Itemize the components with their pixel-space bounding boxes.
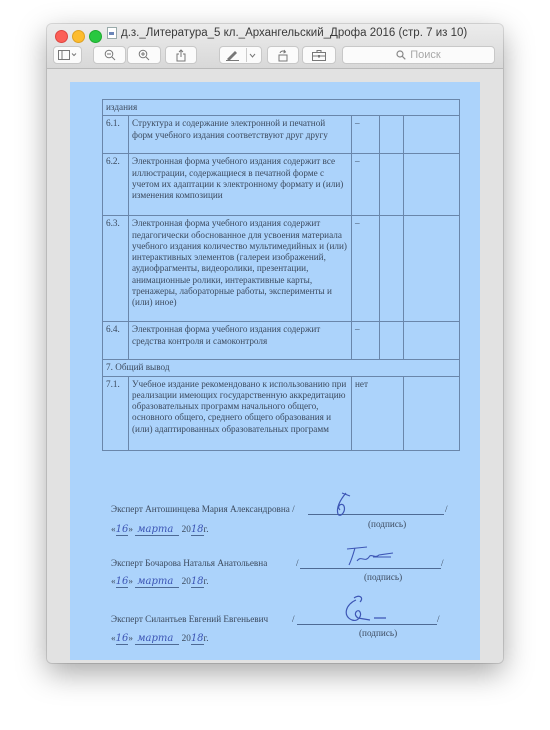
date-month: марта xyxy=(135,524,179,536)
date-month: марта xyxy=(135,576,179,588)
row-cell xyxy=(380,154,404,216)
row-text: Электронная форма учебного издания содер… xyxy=(129,216,352,322)
date-year-suffix: 18 xyxy=(191,524,204,536)
window-title-text: д.з._Литература_5 кл._Архангельский_Дроф… xyxy=(121,27,467,39)
row-value: – xyxy=(352,116,380,154)
row-text: Электронная форма учебного издания содер… xyxy=(129,154,352,216)
date-year-prefix: 20 xyxy=(182,576,191,586)
rotate-icon xyxy=(277,49,289,62)
title-bar: д.з._Литература_5 кл._Архангельский_Дроф… xyxy=(47,24,503,69)
date-month: марта xyxy=(135,633,179,645)
expert-3-date: «16» марта 2018г. xyxy=(111,633,209,644)
row-cell xyxy=(380,322,404,360)
table-row: 6.2. Электронная форма учебного издания … xyxy=(103,154,460,216)
search-icon xyxy=(396,50,406,60)
zoom-out-icon xyxy=(104,49,116,61)
header-cell: издания xyxy=(103,100,460,116)
window-title: д.з._Литература_5 кл._Архангельский_Дроф… xyxy=(107,27,467,39)
row-cell xyxy=(404,216,460,322)
quote: « xyxy=(111,524,116,534)
slash: / xyxy=(441,558,444,569)
slash: / xyxy=(445,504,448,515)
slash: / xyxy=(296,558,299,569)
document-icon xyxy=(107,27,117,39)
slash: / xyxy=(292,614,295,625)
signature-caption: (подпись) xyxy=(359,628,397,639)
row-number: 7.1. xyxy=(103,376,129,450)
row-value: – xyxy=(352,322,380,360)
expert-3-label: Эксперт Силантьев Евгений Евгеньевич xyxy=(111,614,268,625)
share-button[interactable] xyxy=(165,46,197,64)
date-year-end: г. xyxy=(204,576,209,586)
table-row: 6.1. Структура и содержание электронной … xyxy=(103,116,460,154)
zoom-in-icon xyxy=(138,49,150,61)
sidebar-toggle-button[interactable] xyxy=(53,46,82,64)
table-row: 6.4. Электронная форма учебного издания … xyxy=(103,322,460,360)
minimize-button[interactable] xyxy=(72,30,85,43)
search-placeholder: Поиск xyxy=(410,49,440,61)
pdf-page: издания 6.1. Структура и содержание элек… xyxy=(70,82,480,660)
table-row: 7. Общий вывод xyxy=(103,360,460,376)
document-view[interactable]: издания 6.1. Структура и содержание элек… xyxy=(47,69,503,663)
markup-button[interactable] xyxy=(219,46,262,64)
row-cell xyxy=(380,116,404,154)
expert-1-label: Эксперт Антошинцева Мария Александровна … xyxy=(111,504,295,515)
row-cell xyxy=(380,216,404,322)
expert-1-date: «16» марта 2018г. xyxy=(111,524,209,535)
zoom-in-button[interactable] xyxy=(127,46,161,64)
signature-3-icon xyxy=(340,594,390,628)
row-text: Электронная форма учебного издания содер… xyxy=(129,322,352,360)
signature-caption: (подпись) xyxy=(364,572,402,583)
row-value: – xyxy=(352,154,380,216)
quote: » xyxy=(128,576,133,586)
criteria-table: издания 6.1. Структура и содержание элек… xyxy=(102,99,460,451)
rotate-button[interactable] xyxy=(267,46,299,64)
quote: » xyxy=(128,633,133,643)
date-year-end: г. xyxy=(204,633,209,643)
date-year-suffix: 18 xyxy=(191,576,204,588)
row-number: 6.3. xyxy=(103,216,129,322)
share-icon xyxy=(176,49,186,62)
date-day: 16 xyxy=(116,576,129,588)
row-number: 6.4. xyxy=(103,322,129,360)
zoom-out-button[interactable] xyxy=(93,46,126,64)
date-year-prefix: 20 xyxy=(182,633,191,643)
table-row: издания xyxy=(103,100,460,116)
row-cell xyxy=(404,116,460,154)
row-cell xyxy=(404,376,460,450)
row-number: 6.2. xyxy=(103,154,129,216)
toolbox-icon xyxy=(312,50,326,61)
date-year-end: г. xyxy=(204,524,209,534)
row-number: 6.1. xyxy=(103,116,129,154)
row-cell xyxy=(404,322,460,360)
signature-caption: (подпись) xyxy=(368,519,406,530)
table-row: 6.3. Электронная форма учебного издания … xyxy=(103,216,460,322)
row-text: Учебное издание рекомендовано к использо… xyxy=(129,376,352,450)
quote: » xyxy=(128,524,133,534)
toolbox-button[interactable] xyxy=(302,46,336,64)
maximize-button[interactable] xyxy=(89,30,102,43)
quote: « xyxy=(111,633,116,643)
table-row: 7.1. Учебное издание рекомендовано к исп… xyxy=(103,376,460,450)
pen-icon xyxy=(226,49,240,61)
quote: « xyxy=(111,576,116,586)
date-year-prefix: 20 xyxy=(182,524,191,534)
row-text: Структура и содержание электронной и печ… xyxy=(129,116,352,154)
row-value: нет xyxy=(352,376,404,450)
section-heading: 7. Общий вывод xyxy=(103,360,460,376)
preview-window: д.з._Литература_5 кл._Архангельский_Дроф… xyxy=(47,24,503,663)
slash: / xyxy=(437,614,440,625)
search-input[interactable]: Поиск xyxy=(342,46,495,64)
date-year-suffix: 18 xyxy=(191,633,204,645)
close-button[interactable] xyxy=(55,30,68,43)
signature-1-icon xyxy=(332,492,354,518)
row-cell xyxy=(404,154,460,216)
signature-line xyxy=(300,568,441,569)
row-value: – xyxy=(352,216,380,322)
sidebar-icon xyxy=(58,50,78,60)
expert-2-date: «16» марта 2018г. xyxy=(111,576,209,587)
signature-2-icon xyxy=(345,545,395,567)
signature-line xyxy=(308,514,444,515)
date-day: 16 xyxy=(116,633,129,645)
chevron-down-icon[interactable] xyxy=(249,53,256,58)
expert-2-label: Эксперт Бочарова Наталья Анатольевна xyxy=(111,558,267,569)
date-day: 16 xyxy=(116,524,129,536)
